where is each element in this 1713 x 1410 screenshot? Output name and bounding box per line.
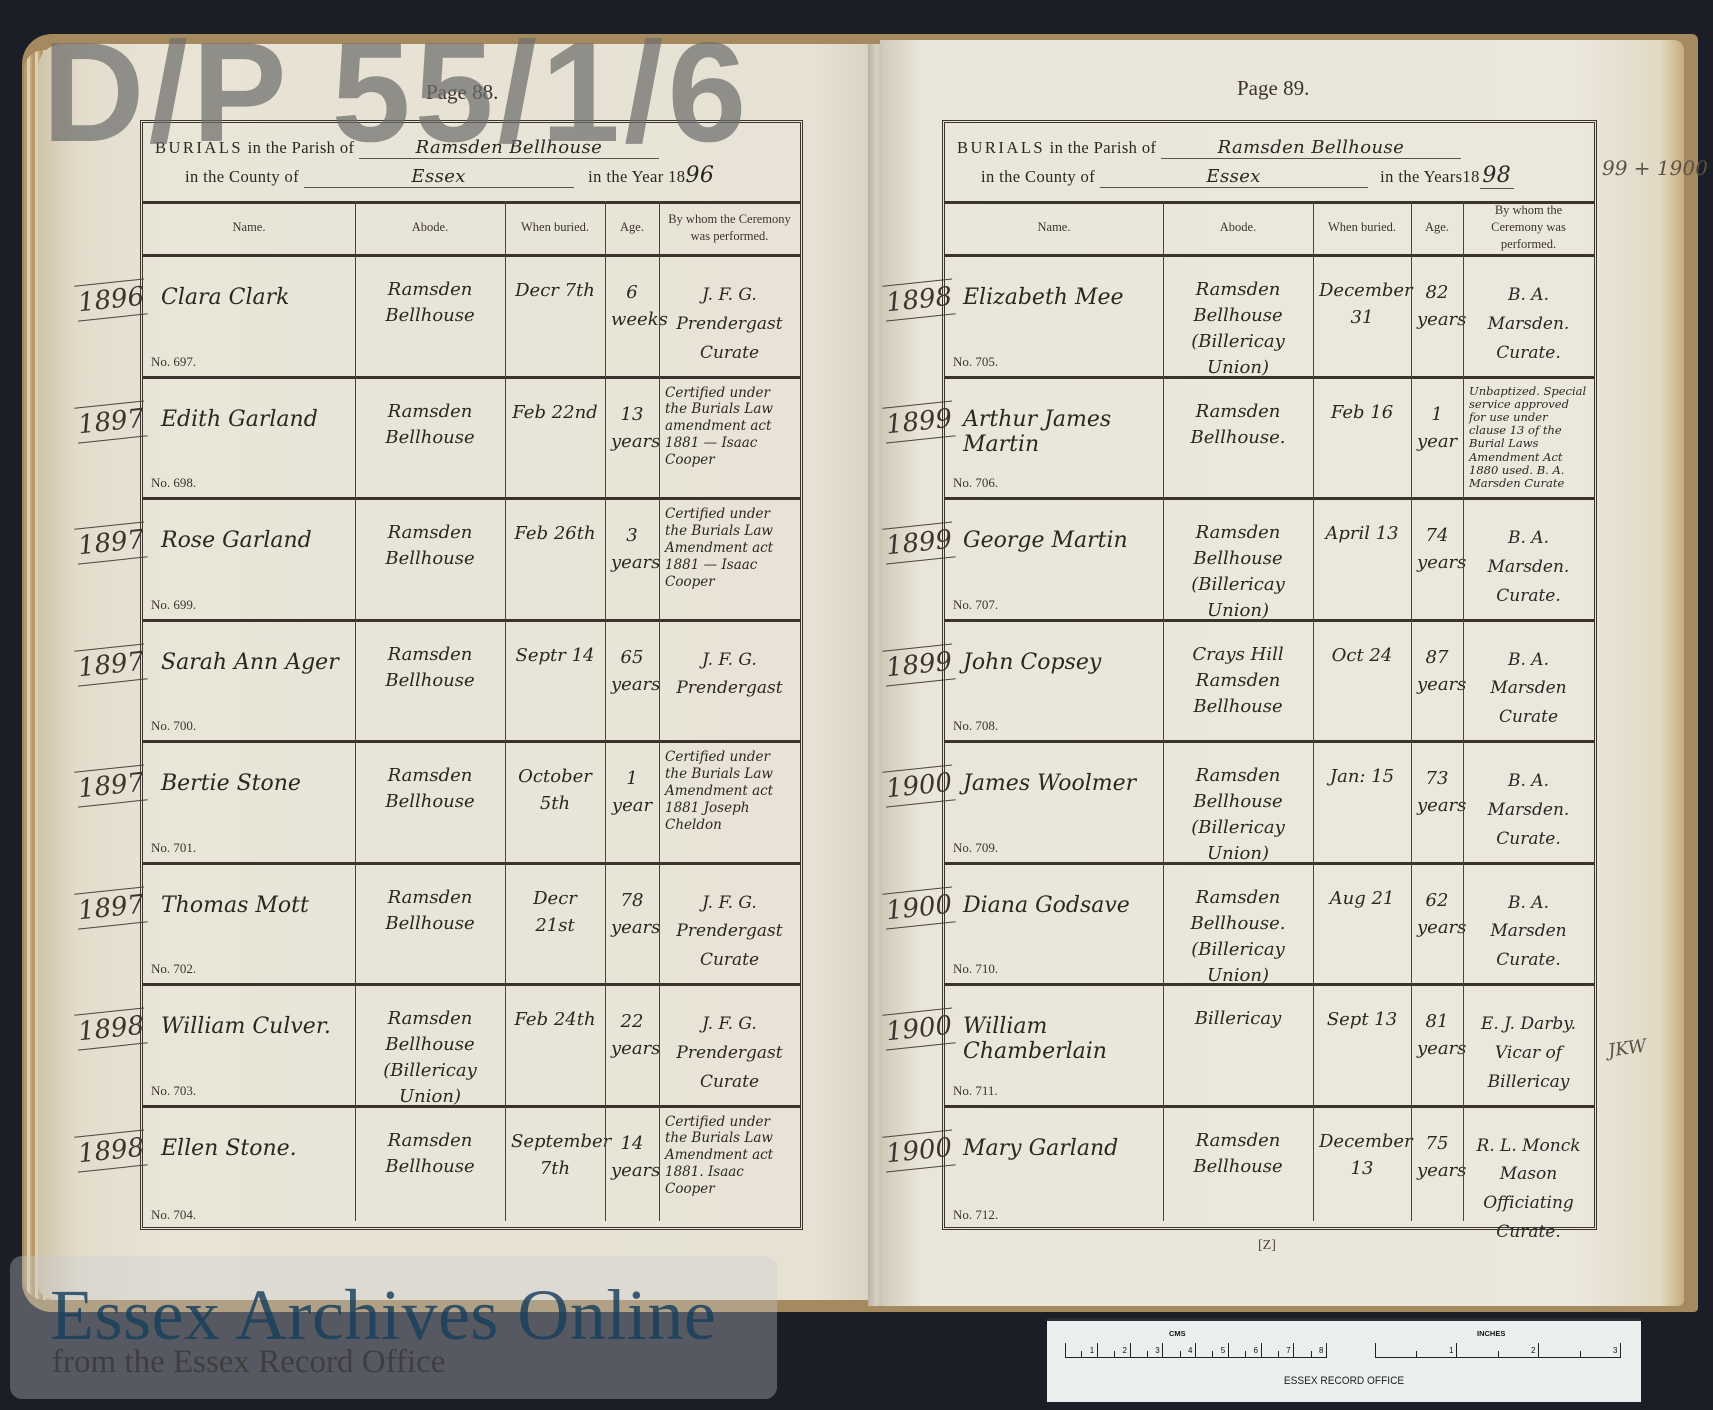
year-label: in the Years18 (1380, 167, 1480, 186)
entry-abode: Ramsden Bellhouse (Billericay Union) (1163, 500, 1313, 619)
scale-ruler: CMS 12345678 INCHES 123 ESSEX RECORD OFF… (1047, 1318, 1641, 1402)
entry-number: No. 698. (151, 475, 196, 491)
margin-year: 1900 (882, 1007, 956, 1050)
cms-scale: 12345678 (1065, 1339, 1327, 1358)
ruler-tick-label: 7 (1286, 1346, 1290, 1355)
ruler-tick-label: 1 (1449, 1346, 1453, 1355)
entry-age: 6 weeks (605, 257, 659, 376)
entry-by: B. A. Marsden. Curate. (1463, 743, 1594, 862)
entry-when: December 13 (1313, 1108, 1411, 1230)
entry-abode: Ramsden Bellhouse (355, 622, 505, 741)
entry-by: B. A. Marsden. Curate. (1463, 500, 1594, 619)
entry-by: Unbaptized. Special service approved for… (1463, 379, 1594, 498)
entry-abode: Ramsden Bellhouse (Billericay Union) (1163, 257, 1313, 376)
burial-entry-row: Elizabeth MeeRamsden Bellhouse (Billeric… (945, 257, 1594, 379)
entry-number: No. 710. (953, 961, 998, 977)
column-divider (1163, 201, 1164, 1221)
margin-year: 1898 (74, 1007, 148, 1050)
entry-age: 65 years (605, 622, 659, 741)
entry-by: J. F. G. Prendergast Curate (659, 986, 800, 1105)
column-divider (605, 201, 606, 1221)
county-value: Essex (1100, 166, 1368, 188)
burial-entry-row: Ellen Stone.Ramsden BellhouseSeptember 7… (143, 1108, 800, 1230)
column-divider (355, 201, 356, 1221)
ruler-tick-label: 5 (1221, 1346, 1225, 1355)
entry-abode: Crays Hill Ramsden Bellhouse (1163, 622, 1313, 741)
entry-age: 81 years (1411, 986, 1463, 1105)
entry-abode: Billericay (1163, 986, 1313, 1105)
entry-abode: Ramsden Bellhouse (355, 500, 505, 619)
entry-age: 13 years (605, 379, 659, 498)
burial-entry-row: William Culver.Ramsden Bellhouse (Biller… (143, 986, 800, 1108)
entry-when: Feb 16 (1313, 379, 1411, 498)
burial-entry-row: Bertie StoneRamsden BellhouseOctober 5th… (143, 743, 800, 865)
entry-age: 73 years (1411, 743, 1463, 862)
year-value: 98 (1480, 163, 1514, 189)
entry-abode: Ramsden Bellhouse (Billericay Union) (355, 986, 505, 1105)
folio-mark: [Z] (1258, 1238, 1276, 1254)
entry-age: 1 year (1411, 379, 1463, 498)
burial-entry-row: William ChamberlainBillericaySept 1381 y… (945, 986, 1594, 1108)
margin-year: 1900 (882, 886, 956, 929)
entry-abode: Ramsden Bellhouse (355, 865, 505, 984)
entry-number: No. 700. (151, 718, 196, 734)
entry-abode: Ramsden Bellhouse (355, 379, 505, 498)
entry-when: Sept 13 (1313, 986, 1411, 1105)
entry-number: No. 712. (953, 1207, 998, 1223)
parish-label: in the Parish of (1045, 138, 1161, 157)
burial-entry-row: Arthur James MartinRamsden Bellhouse.Feb… (945, 379, 1594, 501)
entry-by: J. F. G. Prendergast (659, 622, 800, 741)
years-margin-note: 99 + 1900 (1602, 156, 1708, 180)
entry-abode: Ramsden Bellhouse. (Billericay Union) (1163, 865, 1313, 984)
county-label: in the County of (981, 167, 1100, 186)
column-divider (505, 201, 506, 1221)
burial-entry-row: Clara ClarkRamsden BellhouseDecr 7th6 we… (143, 257, 800, 379)
entry-when: April 13 (1313, 500, 1411, 619)
entry-by: B. A. Marsden Curate. (1463, 865, 1594, 984)
ruler-tick-label: 2 (1123, 1346, 1127, 1355)
column-divider (1411, 201, 1412, 1221)
margin-year: 1899 (882, 521, 956, 564)
entry-age: 78 years (605, 865, 659, 984)
ruler-tick-label: 2 (1531, 1346, 1535, 1355)
entry-number: No. 701. (151, 840, 196, 856)
margin-year: 1897 (74, 764, 148, 807)
burial-entry-row: James WoolmerRamsden Bellhouse (Billeric… (945, 743, 1594, 865)
burial-entry-row: John CopseyCrays Hill Ramsden BellhouseO… (945, 622, 1594, 744)
entry-number: No. 711. (953, 1083, 998, 1099)
entry-age: 1 year (605, 743, 659, 862)
entry-number: No. 705. (953, 354, 998, 370)
burial-entry-row: Rose GarlandRamsden BellhouseFeb 26th3 y… (143, 500, 800, 622)
margin-year: 1897 (74, 400, 148, 443)
ruler-label: ESSEX RECORD OFFICE (1071, 1375, 1617, 1387)
entry-by: B. A. Marsden. Curate. (1463, 257, 1594, 376)
column-header: When buried. (505, 201, 605, 257)
entry-by: E. J. Darby. Vicar of Billericay (1463, 986, 1594, 1105)
entry-age: 87 years (1411, 622, 1463, 741)
book-spine (868, 44, 882, 1306)
column-divider (1313, 201, 1314, 1221)
margin-year: 1897 (74, 521, 148, 564)
entry-when: October 5th (505, 743, 605, 862)
burial-register-right: BURIALS in the Parish of Ramsden Bellhou… (942, 120, 1597, 1230)
margin-year: 1900 (882, 1129, 956, 1172)
cms-title: CMS (1169, 1329, 1186, 1338)
entry-number: No. 707. (953, 597, 998, 613)
entry-when: Septr 14 (505, 622, 605, 741)
entry-age: 3 years (605, 500, 659, 619)
archive-branding-subtitle: from the Essex Record Office (52, 1344, 445, 1381)
margin-year: 1898 (74, 1129, 148, 1172)
entry-by: J. F. G. Prendergast Curate (659, 257, 800, 376)
column-divider (1463, 201, 1464, 1221)
entry-age: 22 years (605, 986, 659, 1105)
burial-entry-row: Edith GarlandRamsden BellhouseFeb 22nd13… (143, 379, 800, 501)
burial-entry-row: Mary GarlandRamsden BellhouseDecember 13… (945, 1108, 1594, 1230)
burial-entry-row: Thomas MottRamsden BellhouseDecr 21st78 … (143, 865, 800, 987)
column-header: By whom the Ceremony was performed. (659, 201, 800, 257)
document-reference-watermark: D/P 55/1/6 (42, 22, 750, 164)
margin-year: 1897 (74, 886, 148, 929)
entry-age: 62 years (1411, 865, 1463, 984)
margin-year: 1898 (882, 278, 956, 321)
burial-entry-row: Sarah Ann AgerRamsden BellhouseSeptr 146… (143, 622, 800, 744)
column-header: Abode. (1163, 201, 1313, 257)
entry-abode: Ramsden Bellhouse. (1163, 379, 1313, 498)
entry-number: No. 697. (151, 354, 196, 370)
page-label-right: Page 89. (1237, 76, 1309, 101)
entry-number: No. 702. (151, 961, 196, 977)
entry-abode: Ramsden Bellhouse (Billericay Union) (1163, 743, 1313, 862)
column-header: Abode. (355, 201, 505, 257)
column-header: Age. (605, 201, 659, 257)
entry-by: Certified under the Burials Law Amendmen… (659, 500, 800, 619)
parish-value: Ramsden Bellhouse (1161, 137, 1461, 159)
margin-year: 1900 (882, 764, 956, 807)
inches-title: INCHES (1477, 1329, 1505, 1338)
entry-when: Feb 24th (505, 986, 605, 1105)
ruler-tick-label: 3 (1155, 1346, 1159, 1355)
entry-by: Certified under the Burials Law Amendmen… (659, 1108, 800, 1230)
entry-age: 74 years (1411, 500, 1463, 619)
entry-when: Feb 26th (505, 500, 605, 619)
margin-year: 1899 (882, 643, 956, 686)
ruler-tick-label: 8 (1319, 1346, 1323, 1355)
ruler-tick-label: 4 (1188, 1346, 1192, 1355)
entry-number: No. 703. (151, 1083, 196, 1099)
ruler-tick-label: 3 (1613, 1346, 1617, 1355)
column-header: Name. (945, 201, 1163, 257)
burial-entry-row: Diana GodsaveRamsden Bellhouse. (Billeri… (945, 865, 1594, 987)
entry-abode: Ramsden Bellhouse (1163, 1108, 1313, 1230)
entry-when: December 31 (1313, 257, 1411, 376)
entry-abode: Ramsden Bellhouse (355, 743, 505, 862)
margin-year: 1899 (882, 400, 956, 443)
entry-age: 75 years (1411, 1108, 1463, 1230)
column-header: Age. (1411, 201, 1463, 257)
ruler-tick-label: 1 (1090, 1346, 1094, 1355)
ruler-tick-label: 6 (1254, 1346, 1258, 1355)
entry-abode: Ramsden Bellhouse (355, 257, 505, 376)
entry-when: September 7th (505, 1108, 605, 1230)
column-divider (659, 201, 660, 1221)
entry-by: Certified under the Burials Law Amendmen… (659, 743, 800, 862)
entry-by: R. L. Monck Mason Officiating Curate. (1463, 1108, 1594, 1230)
entry-age: 14 years (605, 1108, 659, 1230)
entry-number: No. 709. (953, 840, 998, 856)
column-header: Name. (143, 201, 355, 257)
inches-scale: 123 (1375, 1339, 1621, 1358)
entry-when: Feb 22nd (505, 379, 605, 498)
entry-by: B. A. Marsden Curate (1463, 622, 1594, 741)
entry-when: Oct 24 (1313, 622, 1411, 741)
entry-age: 82 years (1411, 257, 1463, 376)
entry-number: No. 699. (151, 597, 196, 613)
burials-heading: BURIALS (957, 138, 1045, 157)
entry-number: No. 708. (953, 718, 998, 734)
entry-when: Decr 7th (505, 257, 605, 376)
entry-by: J. F. G. Prendergast Curate (659, 865, 800, 984)
burial-entry-row: George MartinRamsden Bellhouse (Billeric… (945, 500, 1594, 622)
entry-number: No. 704. (151, 1207, 196, 1223)
entry-when: Decr 21st (505, 865, 605, 984)
register-header: BURIALS in the Parish of Ramsden Bellhou… (945, 123, 1594, 204)
entry-by: Certified under the Burials Law amendmen… (659, 379, 800, 498)
entry-when: Aug 21 (1313, 865, 1411, 984)
burial-register-left: BURIALS in the Parish of Ramsden Bellhou… (140, 120, 803, 1230)
entry-number: No. 706. (953, 475, 998, 491)
column-header: By whom the Ceremony was performed. (1463, 201, 1594, 257)
margin-year: 1897 (74, 643, 148, 686)
entry-abode: Ramsden Bellhouse (355, 1108, 505, 1230)
column-header: When buried. (1313, 201, 1411, 257)
margin-year: 1896 (74, 278, 148, 321)
entry-when: Jan: 15 (1313, 743, 1411, 862)
